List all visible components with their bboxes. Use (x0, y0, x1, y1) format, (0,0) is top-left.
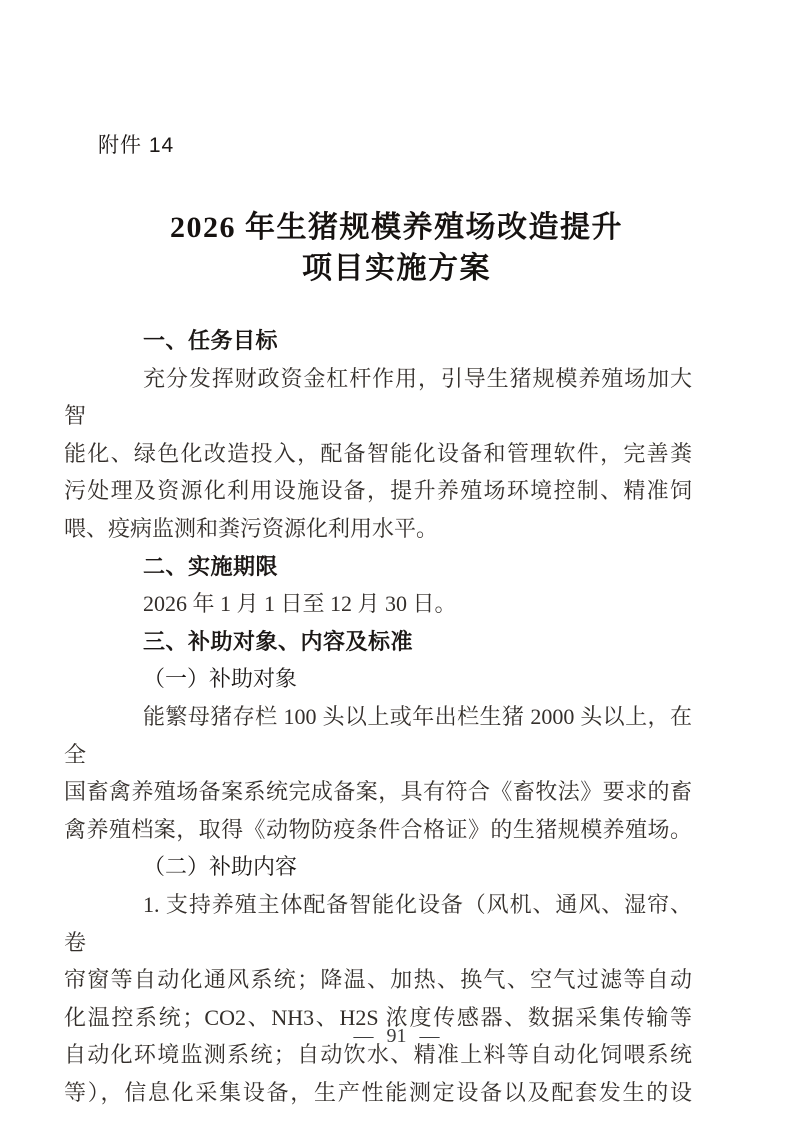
title-line-2: 项目实施方案 (0, 248, 793, 289)
document-body: 一、任务目标 充分发挥财政资金杠杆作用，引导生猪规模养殖场加大智 能化、绿色化改… (64, 322, 692, 1111)
footer-dash-right: — (420, 1025, 440, 1047)
subheading-2: （二）补助内容 (64, 848, 692, 886)
heading-section-1: 一、任务目标 (64, 322, 692, 360)
document-page: 附件 14 2026 年生猪规模养殖场改造提升 项目实施方案 一、任务目标 充分… (0, 0, 793, 1122)
body-line: 喂、疫病监测和粪污资源化利用水平。 (64, 510, 692, 548)
body-line: 等），信息化采集设备，生产性能测定设备以及配套发生的设 (64, 1074, 692, 1112)
body-line: 1. 支持养殖主体配备智能化设备（风机、通风、湿帘、卷 (64, 886, 692, 961)
title-line-1: 2026 年生猪规模养殖场改造提升 (0, 207, 793, 248)
subheading-1: （一）补助对象 (64, 660, 692, 698)
page-footer: —91— (0, 1023, 793, 1049)
body-line: 污处理及资源化利用设施设备，提升养殖场环境控制、精准饲 (64, 472, 692, 510)
body-line: 充分发挥财政资金杠杆作用，引导生猪规模养殖场加大智 (64, 360, 692, 435)
body-line: 2026 年 1 月 1 日至 12 月 30 日。 (64, 585, 692, 623)
heading-section-3: 三、补助对象、内容及标准 (64, 623, 692, 661)
footer-dash-left: — (354, 1025, 374, 1047)
body-line: 能繁母猪存栏 100 头以上或年出栏生猪 2000 头以上，在全 (64, 698, 692, 773)
attachment-label: 附件 14 (98, 132, 174, 159)
body-line: 国畜禽养殖场备案系统完成备案，具有符合《畜牧法》要求的畜 (64, 773, 692, 811)
body-line: 帘窗等自动化通风系统；降温、加热、换气、空气过滤等自动 (64, 961, 692, 999)
page-number: 91 (387, 1025, 407, 1047)
document-title: 2026 年生猪规模养殖场改造提升 项目实施方案 (0, 207, 793, 289)
body-line: 禽养殖档案，取得《动物防疫条件合格证》的生猪规模养殖场。 (64, 811, 692, 849)
heading-section-2: 二、实施期限 (64, 548, 692, 586)
body-line: 能化、绿色化改造投入，配备智能化设备和管理软件，完善粪 (64, 435, 692, 473)
